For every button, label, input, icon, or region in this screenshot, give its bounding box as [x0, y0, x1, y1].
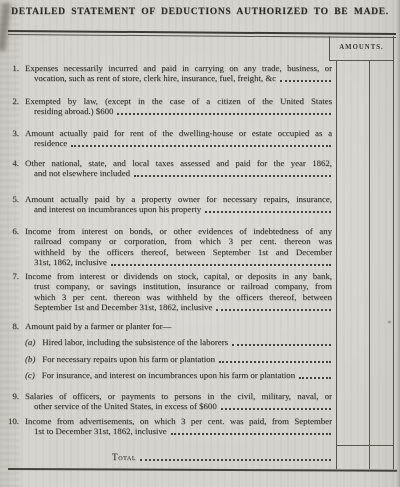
dotted-leader [221, 408, 331, 410]
bottom-rule [8, 468, 397, 472]
item-number: 6. [0, 226, 19, 236]
total-label: Total [112, 452, 136, 462]
item-text-line: September 1st and December 31st, 1862, i… [25, 302, 332, 312]
item-text-line: withheld by the officers thereof, betwee… [25, 247, 332, 257]
deduction-subitem-c: (c) For insurance, and interest on incum… [25, 370, 332, 380]
dotted-leader [117, 113, 331, 115]
dotted-leader [71, 145, 331, 147]
item-number: 9. [0, 391, 19, 401]
amounts-column-right-border [393, 36, 394, 469]
deduction-item-4: 4. Other national, state, and local taxe… [0, 158, 332, 179]
item-text-line: trust company, or savings institution, i… [25, 281, 332, 291]
item-text-line: Salaries of officers, or payments to per… [25, 391, 332, 401]
item-text-line: (a) Hired labor, including the subsisten… [25, 337, 332, 347]
item-text-line: Amount actually paid for rent of the dwe… [25, 128, 332, 138]
item-number: 10. [0, 416, 19, 426]
dotted-leader [232, 344, 331, 346]
deduction-item-1: 1. Expenses necessarily incurred and pai… [0, 63, 332, 84]
deduction-item-7: 7. Income from interest or dividends on … [0, 271, 332, 312]
item-number: 5. [0, 194, 19, 204]
dotted-leader [111, 264, 331, 266]
item-text-line: (b) For necessary repairs upon his farm … [25, 354, 332, 364]
ink-speck [388, 321, 391, 323]
dotted-leader [219, 361, 331, 363]
total-row: Total [112, 452, 332, 462]
item-text-line: Other national, state, and local taxes a… [25, 158, 332, 168]
item-text-line: residence [25, 138, 332, 148]
item-text-line: Expenses necessarily incurred and paid i… [25, 63, 332, 73]
item-text-line: Income from interest on bonds, or other … [25, 226, 332, 236]
item-text-line: and not elsewhere included [25, 168, 332, 178]
subitem-label: (b) [25, 354, 35, 364]
subitem-label: (a) [25, 337, 35, 347]
deduction-item-9: 9. Salaries of officers, or payments to … [0, 391, 332, 412]
dotted-leader [140, 459, 331, 461]
deduction-subitem-a: (a) Hired labor, including the subsisten… [25, 337, 332, 347]
double-rule [8, 30, 396, 38]
dotted-leader [205, 211, 331, 213]
item-text-line: other service of the United States, in e… [25, 401, 332, 411]
item-text-line: Income from advertisements, on which 3 p… [25, 416, 332, 426]
subitem-label: (c) [25, 370, 35, 380]
deduction-item-8: 8. Amount paid by a farmer or planter fo… [0, 321, 332, 331]
deduction-item-6: 6. Income from interest on bonds, or oth… [0, 226, 332, 267]
item-text-line: and interest on incumbrances upon his pr… [25, 204, 332, 214]
item-text-line: residing abroad.) $600 [25, 106, 332, 116]
item-text-line: 31st, 1862, inclusive [25, 257, 332, 267]
dotted-leader [299, 377, 331, 379]
dollars-cents-divider [369, 61, 370, 469]
dotted-leader [216, 309, 331, 311]
deduction-item-5: 5. Amount actually paid by a property ow… [0, 194, 332, 215]
dotted-leader [171, 433, 331, 435]
item-text-line: vocation, such as rent of store, clerk h… [25, 73, 332, 83]
deduction-item-2: 2. Exempted by law, (except in the case … [0, 96, 332, 117]
item-text-line: Amount actually paid by a property owner… [25, 194, 332, 204]
dotted-leader [134, 175, 331, 177]
page-edge-shadow [396, 0, 400, 487]
document-scan: DETAILED STATEMENT OF DEDUCTIONS AUTHORI… [0, 0, 400, 487]
item-number: 1. [0, 63, 19, 73]
item-number: 2. [0, 96, 19, 106]
item-text-line: which 3 per cent. thereon was withheld b… [25, 292, 332, 302]
item-number: 4. [0, 158, 19, 168]
item-text-line: (c) For insurance, and interest on incum… [25, 370, 332, 380]
total-separator-line [336, 445, 394, 446]
amounts-box-bottom-border [329, 60, 394, 61]
item-text-line: railroad company or corporation, from wh… [25, 236, 332, 246]
dotted-leader [280, 80, 331, 82]
deduction-item-10: 10. Income from advertisements, on which… [0, 416, 332, 437]
deduction-subitem-b: (b) For necessary repairs upon his farm … [25, 354, 332, 364]
document-title: DETAILED STATEMENT OF DEDUCTIONS AUTHORI… [0, 7, 400, 17]
amounts-column-left-border [336, 61, 337, 469]
item-number: 7. [0, 271, 19, 281]
item-text-line: 1st to December 31st, 1862, inclusive [25, 426, 332, 436]
item-number: 8. [0, 321, 19, 331]
amounts-column-header: AMOUNTS. [329, 44, 394, 51]
item-number: 3. [0, 128, 19, 138]
item-text-line: Exempted by law, (except in the case of … [25, 96, 332, 106]
item-text-line: Income from interest or dividends on sto… [25, 271, 332, 281]
deduction-item-3: 3. Amount actually paid for rent of the … [0, 128, 332, 149]
item-text-line: Amount paid by a farmer or planter for— [25, 321, 332, 331]
